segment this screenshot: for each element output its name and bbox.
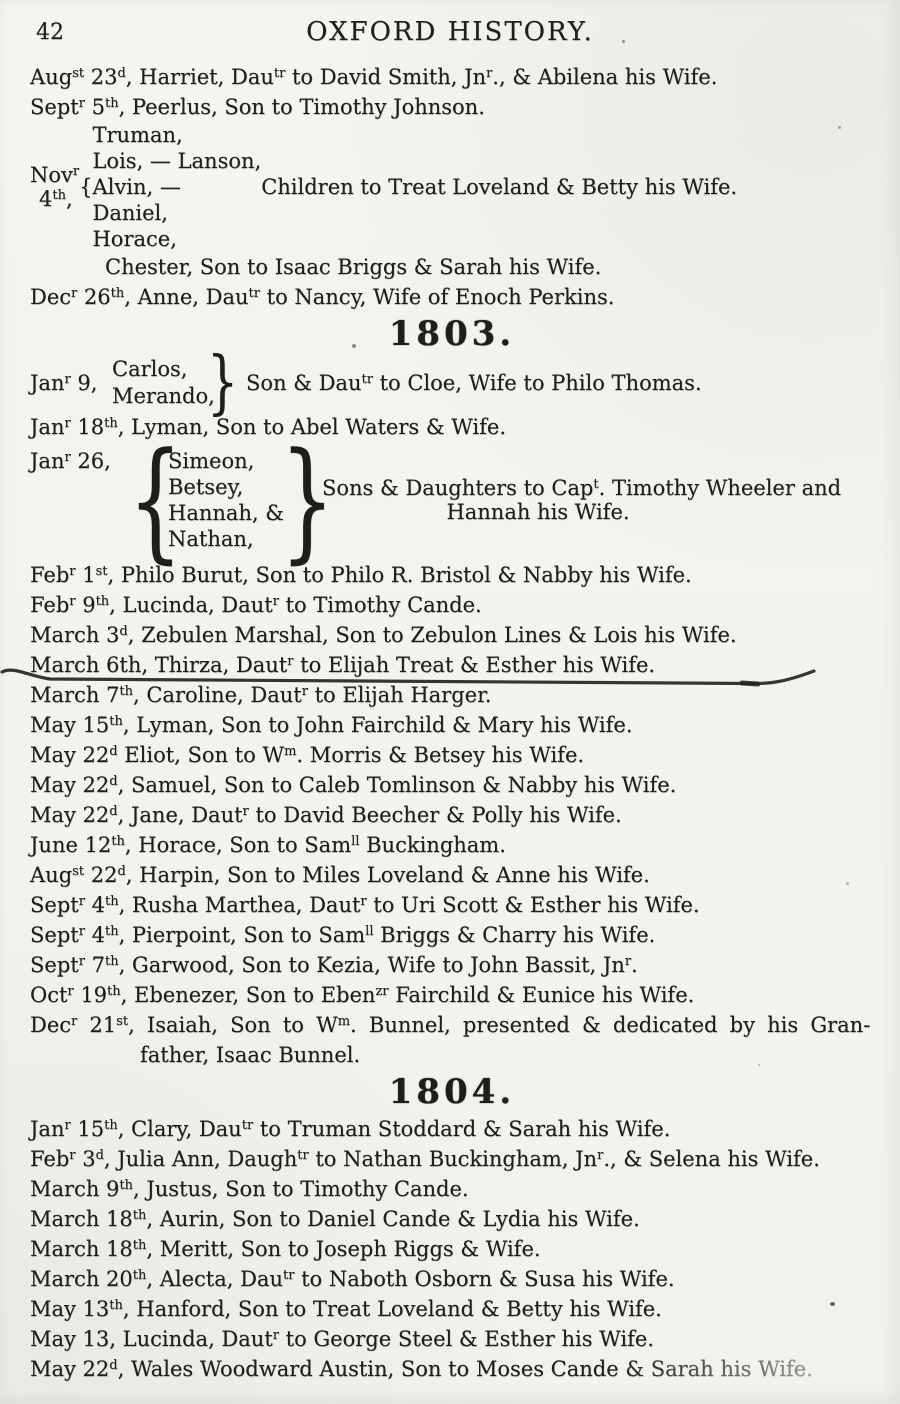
record-line: March 3d, Zebulen Marshal, Son to Zebulo…	[30, 620, 874, 650]
group-description-line: Sons & Daughters to Capt. Timothy Wheele…	[322, 476, 874, 500]
superscript: th	[107, 984, 121, 999]
record-line: Febr 3d, Julia Ann, Daughtr to Nathan Bu…	[30, 1144, 874, 1174]
record-line: March 7th, Caroline, Dautr to Elijah Har…	[30, 680, 874, 710]
record-line: Decr 26th, Anne, Dautr to Nancy, Wife of…	[30, 282, 874, 312]
superscript: th	[105, 954, 119, 969]
superscript: d	[119, 624, 127, 639]
superscript: tr	[249, 286, 260, 301]
record-line: Augst 22d, Harpin, Son to Miles Loveland…	[30, 860, 874, 890]
superscript: d	[117, 864, 125, 879]
superscript: r	[69, 564, 75, 579]
superscript: r	[64, 450, 70, 465]
child-name: Daniel,	[92, 200, 261, 226]
group-description: Sons & Daughters to Capt. Timothy Wheele…	[320, 448, 874, 552]
superscript: th	[105, 924, 119, 939]
page-title: OXFORD HISTORY.	[0, 14, 900, 50]
record-line: March 18th, Aurin, Son to Daniel Cande &…	[30, 1204, 874, 1234]
group-date-label: Janr 9,	[30, 356, 112, 410]
brace-right: }	[280, 435, 335, 565]
superscript: r	[360, 894, 366, 909]
superscript: r	[79, 96, 85, 111]
superscript: r	[71, 1014, 77, 1029]
children-names: Truman,Lois, — Lanson,Alvin, —Daniel,Hor…	[92, 122, 261, 252]
record-line: March 9th, Justus, Son to Timothy Cande.	[30, 1174, 874, 1204]
group-description: Children to Treat Loveland & Betty his W…	[261, 122, 737, 252]
superscript: th	[111, 286, 125, 301]
superscript: th	[109, 714, 123, 729]
superscript: th	[133, 1268, 147, 1283]
group-description-line: Son & Dautr to Cloe, Wife to Philo Thoma…	[246, 371, 702, 395]
child-name: Simeon,	[168, 448, 294, 474]
superscript: th	[109, 1298, 123, 1313]
superscript: ll	[365, 924, 373, 939]
paper-speck	[758, 1064, 760, 1066]
superscript: st	[96, 564, 108, 579]
superscript: ll	[351, 834, 359, 849]
record-line: May 13, Lucinda, Dautr to George Steel &…	[30, 1324, 874, 1354]
record-line: May 22d, Wales Woodward Austin, Son to M…	[30, 1354, 874, 1384]
superscript: r	[67, 984, 73, 999]
superscript: d	[109, 774, 117, 789]
brace-right: }	[207, 348, 238, 417]
record-line: Septr 7th, Garwood, Son to Kezia, Wife t…	[30, 950, 874, 980]
record-line: May 13th, Hanford, Son to Treat Loveland…	[30, 1294, 874, 1324]
record-line: Septr 4th, Pierpoint, Son to Samll Brigg…	[30, 920, 874, 950]
superscript: r	[69, 594, 75, 609]
record-line: Augst 23d, Harriet, Dautr to David Smith…	[30, 62, 874, 92]
page-number: 42	[36, 20, 64, 45]
superscript: r	[243, 804, 249, 819]
superscript: r	[64, 1118, 70, 1133]
superscript: th	[133, 1208, 147, 1223]
paper-speck	[846, 882, 849, 885]
superscript: t	[593, 477, 598, 492]
group-date-label: Novr4th,	[30, 122, 79, 252]
superscript: th	[111, 834, 125, 849]
superscript: th	[105, 894, 119, 909]
group-description: Son & Dautr to Cloe, Wife to Philo Thoma…	[234, 356, 702, 410]
child-name: Nathan,	[168, 526, 294, 552]
children-names: Simeon,Betsey,Hannah, &Nathan,	[168, 448, 294, 552]
child-name: Lois, — Lanson,	[92, 148, 261, 174]
record-line: May 22d Eliot, Son to Wm. Morris & Betse…	[30, 740, 874, 770]
year-heading: 1804.	[30, 1072, 874, 1112]
superscript: r	[273, 1328, 279, 1343]
record-line: May 15th, Lyman, Son to John Fairchild &…	[30, 710, 874, 740]
record-line: May 22d, Samuel, Son to Caleb Tomlinson …	[30, 770, 874, 800]
child-name: Carlos,	[112, 356, 212, 383]
superscript: th	[119, 1178, 133, 1193]
birth-group-jan9: Janr 9,Carlos,Merando,}Son & Dautr to Cl…	[30, 356, 874, 410]
record-line: Febr 9th, Lucinda, Dautr to Timothy Cand…	[30, 590, 874, 620]
superscript: r	[302, 684, 308, 699]
birth-group-jan26: Janr 26,{Simeon,Betsey,Hannah, &Nathan,}…	[30, 448, 874, 552]
scanned-book-page: 42 OXFORD HISTORY. Augst 23d, Harriet, D…	[0, 0, 900, 1404]
superscript: th	[52, 188, 66, 203]
child-name: Betsey,	[168, 474, 294, 500]
birth-group-nov4: Novr4th,{Truman,Lois, — Lanson,Alvin, —D…	[30, 122, 874, 252]
superscript: r	[79, 924, 85, 939]
superscript: zr	[375, 984, 388, 999]
group-date-label: Janr 26,	[30, 448, 142, 552]
superscript: d	[109, 744, 117, 759]
superscript: r	[71, 286, 77, 301]
paper-speck	[622, 40, 625, 43]
year-heading: 1803.	[30, 314, 874, 354]
record-line: father, Isaac Bunnel.	[30, 1040, 874, 1070]
superscript: d	[117, 66, 125, 81]
group-date-label-line: Janr 9,	[30, 371, 112, 395]
superscript: d	[109, 1358, 117, 1373]
superscript: r	[625, 954, 631, 969]
superscript: th	[104, 1118, 118, 1133]
superscript: th	[119, 684, 133, 699]
record-line: June 12th, Horace, Son to Samll Buckingh…	[30, 830, 874, 860]
record-line: Febr 1st, Philo Burut, Son to Philo R. B…	[30, 560, 874, 590]
record-line: Septr 4th, Rusha Marthea, Dautr to Uri S…	[30, 890, 874, 920]
child-name: Alvin, —	[92, 174, 261, 200]
superscript: r	[64, 416, 70, 431]
superscript: th	[96, 594, 110, 609]
record-line: March 18th, Meritt, Son to Joseph Riggs …	[30, 1234, 874, 1264]
group-date-label-line: Janr 26,	[30, 449, 142, 473]
record-line: March 20th, Alecta, Dautr to Naboth Osbo…	[30, 1264, 874, 1294]
superscript: st	[116, 1014, 128, 1029]
superscript: r	[486, 66, 492, 81]
superscript: st	[72, 864, 84, 879]
superscript: r	[287, 654, 293, 669]
superscript: tr	[274, 66, 285, 81]
child-name: Horace,	[92, 226, 261, 252]
superscript: r	[69, 1148, 75, 1163]
group-description-line: Hannah his Wife.	[322, 500, 874, 524]
superscript: d	[109, 804, 117, 819]
superscript: tr	[242, 1118, 253, 1133]
superscript: st	[72, 66, 84, 81]
superscript: m	[338, 1014, 350, 1029]
record-line: Decr 21st, Isaiah, Son to Wm. Bunnel, pr…	[30, 1010, 874, 1040]
superscript: th	[133, 1238, 147, 1253]
record-line: Octr 19th, Ebenezer, Son to Ebenzr Fairc…	[30, 980, 874, 1010]
superscript: m	[284, 744, 296, 759]
brace-left: {	[128, 435, 183, 565]
superscript: r	[79, 894, 85, 909]
paper-speck	[352, 344, 356, 348]
superscript: tr	[283, 1268, 294, 1283]
paper-speck	[838, 126, 841, 129]
children-names: Carlos,Merando,	[112, 356, 212, 410]
child-name: Truman,	[92, 122, 261, 148]
record-line: March 6th, Thirza, Dautr to Elijah Treat…	[30, 650, 874, 680]
superscript: r	[597, 1148, 603, 1163]
superscript: th	[105, 96, 119, 111]
group-description-line: Children to Treat Loveland & Betty his W…	[261, 175, 737, 199]
superscript: tr	[297, 1148, 308, 1163]
brace-left: {	[79, 177, 92, 198]
child-name: Hannah, &	[168, 500, 294, 526]
group-date-label-line: Novr	[30, 163, 79, 187]
child-name: Merando,	[112, 383, 212, 410]
superscript: th	[104, 416, 118, 431]
record-line: Janr 15th, Clary, Dautr to Truman Stodda…	[30, 1114, 874, 1144]
record-line: May 22d, Jane, Dautr to David Beecher & …	[30, 800, 874, 830]
superscript: d	[96, 1148, 104, 1163]
records-list: Augst 23d, Harriet, Dautr to David Smith…	[0, 62, 900, 1384]
superscript: r	[64, 372, 70, 387]
record-line: Septr 5th, Peerlus, Son to Timothy Johns…	[30, 92, 874, 122]
page-header: 42 OXFORD HISTORY.	[0, 14, 900, 54]
record-line: Chester, Son to Isaac Briggs & Sarah his…	[30, 252, 874, 282]
paper-speck	[830, 1302, 835, 1306]
group-date-label-line: 4th,	[30, 187, 79, 211]
superscript: tr	[361, 372, 372, 387]
superscript: r	[273, 594, 279, 609]
superscript: r	[79, 954, 85, 969]
